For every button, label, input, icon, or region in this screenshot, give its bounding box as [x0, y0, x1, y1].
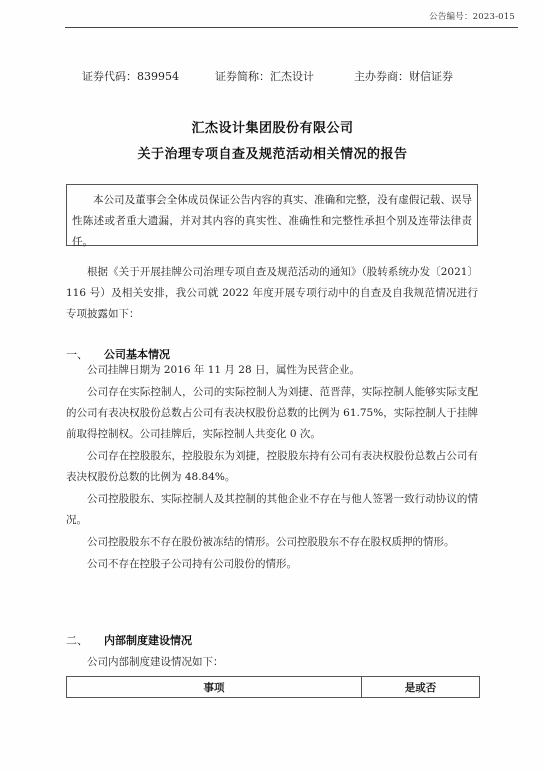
table-header-yes-no: 是或否 [362, 677, 479, 697]
table-header-item: 事项 [67, 677, 362, 697]
section-1-paragraph: 公司存在控股股东，控股股东为刘捷，控股股东持有公司有表决权股份总数占公司有表决权… [66, 446, 478, 488]
section-1-paragraph: 公司不存在控股子公司持有公司股份的情形。 [66, 554, 478, 575]
section-2-paragraph: 公司内部制度建设情况如下： [66, 652, 478, 673]
section-2-number: 二、 [66, 632, 104, 648]
report-title: 关于治理专项自查及规范活动相关情况的报告 [0, 143, 545, 162]
section-2-title: 内部制度建设情况 [104, 634, 192, 647]
document-page: 公告编号：2023-015 证券代码：839954 证券简称：汇杰设计 主办券商… [0, 0, 545, 771]
company-title: 汇杰设计集团股份有限公司 [0, 117, 545, 136]
section-1-paragraph: 公司挂牌日期为 2016 年 11 月 28 日，属性为民营企业。 [66, 360, 478, 381]
board-statement-box: 本公司及董事会全体成员保证公告内容的真实、准确和完整，没有虚假记载、误导性陈述或… [66, 184, 478, 246]
section-1-paragraph: 公司控股股东、实际控制人及其控制的其他企业不存在与他人签署一致行动协议的情况。 [66, 489, 478, 531]
section-1-paragraph: 公司存在实际控制人，公司的实际控制人为刘捷、范晋萍，实际控制人能够实际支配的公司… [66, 382, 478, 445]
securities-code: 证券代码：839954 [82, 68, 179, 84]
notice-number: 公告编号：2023-015 [429, 10, 515, 22]
intro-paragraph: 根据《关于开展挂牌公司治理专项自查及规范活动的通知》（股转系统办发〔2021〕1… [66, 262, 478, 325]
section-1-paragraph: 公司控股股东不存在股份被冻结的情形。公司控股股东不存在股权质押的情形。 [66, 532, 478, 553]
securities-abbreviation: 证券简称：汇杰设计 [215, 68, 314, 84]
sponsor-broker: 主办券商：财信证券 [354, 68, 453, 84]
header-divider [65, 27, 518, 28]
internal-system-table: 事项 是或否 [66, 676, 480, 698]
section-2-heading: 二、内部制度建设情况 [66, 632, 192, 648]
